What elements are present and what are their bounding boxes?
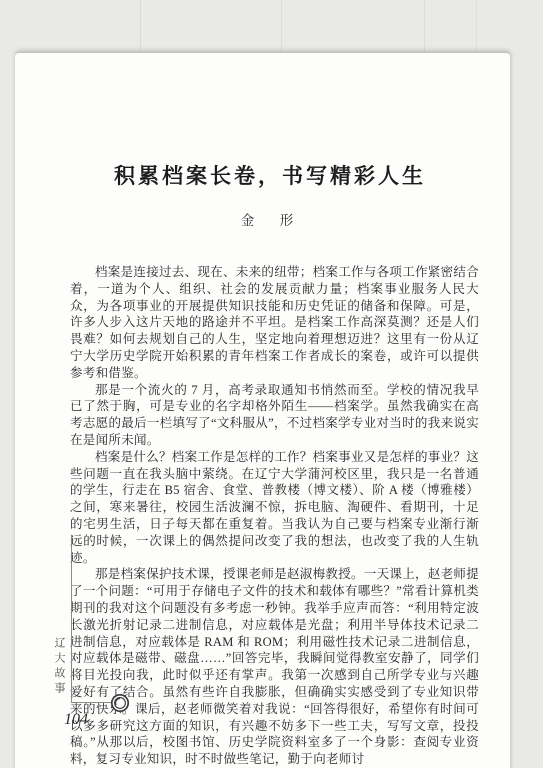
- article-body: 档案是连接过去、现在、未来的纽带；档案工作与各项工作紧密结合着，一道为个人、组织…: [70, 264, 479, 768]
- article-paragraph: 那是档案保护技术课，授课老师是赵淑梅教授。一天课上，赵老师提了一个问题：“可用于…: [70, 566, 479, 768]
- medallion-icon: [110, 693, 130, 713]
- article-paragraph: 那是一个流火的 7 月，高考录取通知书悄然而至。学校的情况我早已了然于胸，可是专…: [70, 382, 479, 449]
- article-title: 积累档案长卷，书写精彩人生: [60, 160, 480, 190]
- page-edge-line: [281, 0, 282, 53]
- page-edge-line: [140, 0, 141, 53]
- article-paragraph: 档案是什么？档案工作是怎样的工作？档案事业又是怎样的事业？这些问题一直在我头脑中…: [70, 449, 479, 567]
- page-edge-line: [424, 0, 425, 53]
- author-name: 金 形: [60, 209, 480, 229]
- series-rule-horizontal: [71, 702, 111, 703]
- series-label: 辽大故事: [51, 637, 67, 707]
- book-photo: 积累档案长卷，书写精彩人生 金 形 档案是连接过去、现在、未来的纽带；档案工作与…: [0, 0, 543, 768]
- article-paragraph: 档案是连接过去、现在、未来的纽带；档案工作与各项工作紧密结合着，一道为个人、组织…: [70, 264, 479, 382]
- page-number: 104: [64, 711, 88, 729]
- series-rule-vertical: [71, 535, 72, 703]
